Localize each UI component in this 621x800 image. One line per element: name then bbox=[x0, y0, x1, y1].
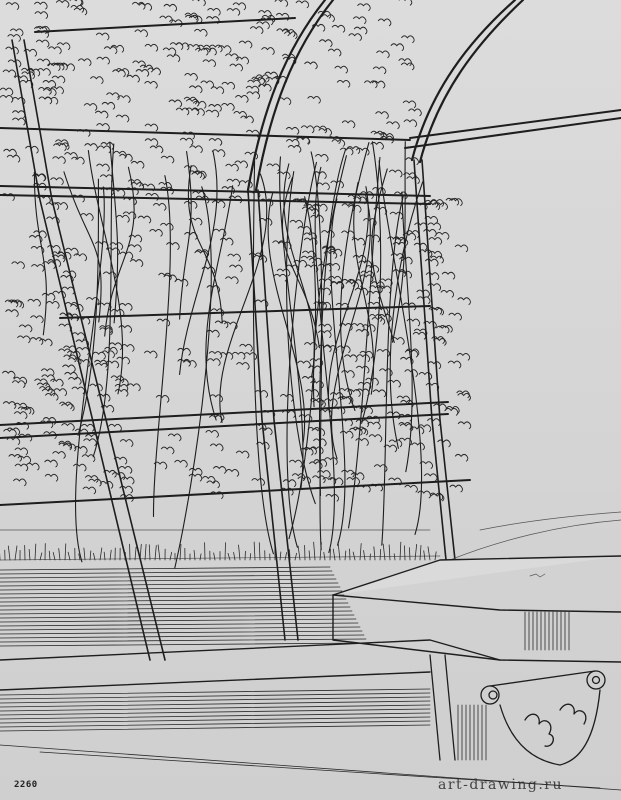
pergola-posts bbox=[12, 40, 455, 660]
shrubs bbox=[0, 542, 436, 560]
brick-wall bbox=[0, 567, 430, 731]
support-hatching bbox=[458, 612, 569, 760]
pergola-arches bbox=[248, 0, 523, 190]
watermark: art-drawing.ru bbox=[438, 777, 563, 793]
inventory-number: 2260 bbox=[14, 780, 38, 790]
bench-support-capital bbox=[430, 655, 605, 765]
pergola-drawing bbox=[0, 0, 621, 800]
drawing-canvas: 2260 art-drawing.ru bbox=[0, 0, 621, 800]
pergola-rails bbox=[0, 18, 621, 505]
